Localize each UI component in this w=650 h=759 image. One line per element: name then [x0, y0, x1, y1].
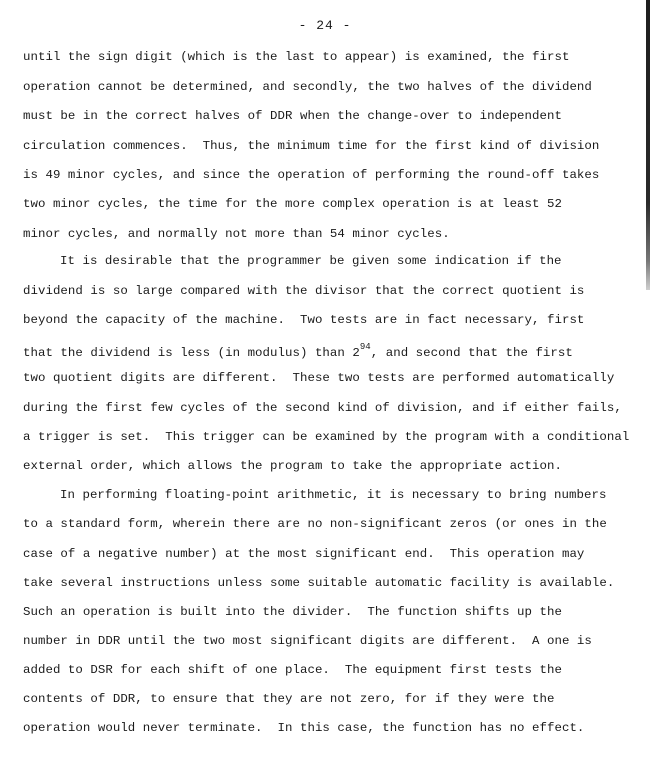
text-line: circulation commences. Thus, the minimum… [23, 138, 599, 154]
text-line: It is desirable that the programmer be g… [60, 253, 562, 269]
text-line: minor cycles, and normally not more than… [23, 226, 450, 242]
text-segment: , and second that the first [371, 346, 573, 360]
text-line: take several instructions unless some su… [23, 575, 614, 591]
document-page: - 24 - until the sign digit (which is th… [0, 0, 650, 759]
text-line: external order, which allows the program… [23, 458, 562, 474]
text-line: operation cannot be determined, and seco… [23, 79, 592, 95]
text-line: a trigger is set. This trigger can be ex… [23, 429, 629, 445]
text-line-with-exponent: that the dividend is less (in modulus) t… [23, 341, 573, 361]
text-line: contents of DDR, to ensure that they are… [23, 691, 554, 707]
text-line: In performing floating-point arithmetic,… [60, 487, 606, 503]
text-line: case of a negative number) at the most s… [23, 546, 584, 562]
text-line: two quotient digits are different. These… [23, 370, 614, 386]
text-segment: that the dividend is less (in modulus) t… [23, 346, 360, 360]
text-line: two minor cycles, the time for the more … [23, 196, 562, 212]
text-line: added to DSR for each shift of one place… [23, 662, 562, 678]
text-line: number in DDR until the two most signifi… [23, 633, 592, 649]
text-line: beyond the capacity of the machine. Two … [23, 312, 584, 328]
scan-edge-shadow [646, 0, 650, 290]
text-line: operation would never terminate. In this… [23, 720, 584, 736]
text-line: must be in the correct halves of DDR whe… [23, 108, 562, 124]
page-number: - 24 - [0, 18, 650, 33]
text-line: until the sign digit (which is the last … [23, 49, 569, 65]
text-line: dividend is so large compared with the d… [23, 283, 584, 299]
text-line: Such an operation is built into the divi… [23, 604, 562, 620]
text-line: during the first few cycles of the secon… [23, 400, 622, 416]
exponent: 94 [360, 342, 371, 352]
text-line: is 49 minor cycles, and since the operat… [23, 167, 599, 183]
text-line: to a standard form, wherein there are no… [23, 516, 607, 532]
